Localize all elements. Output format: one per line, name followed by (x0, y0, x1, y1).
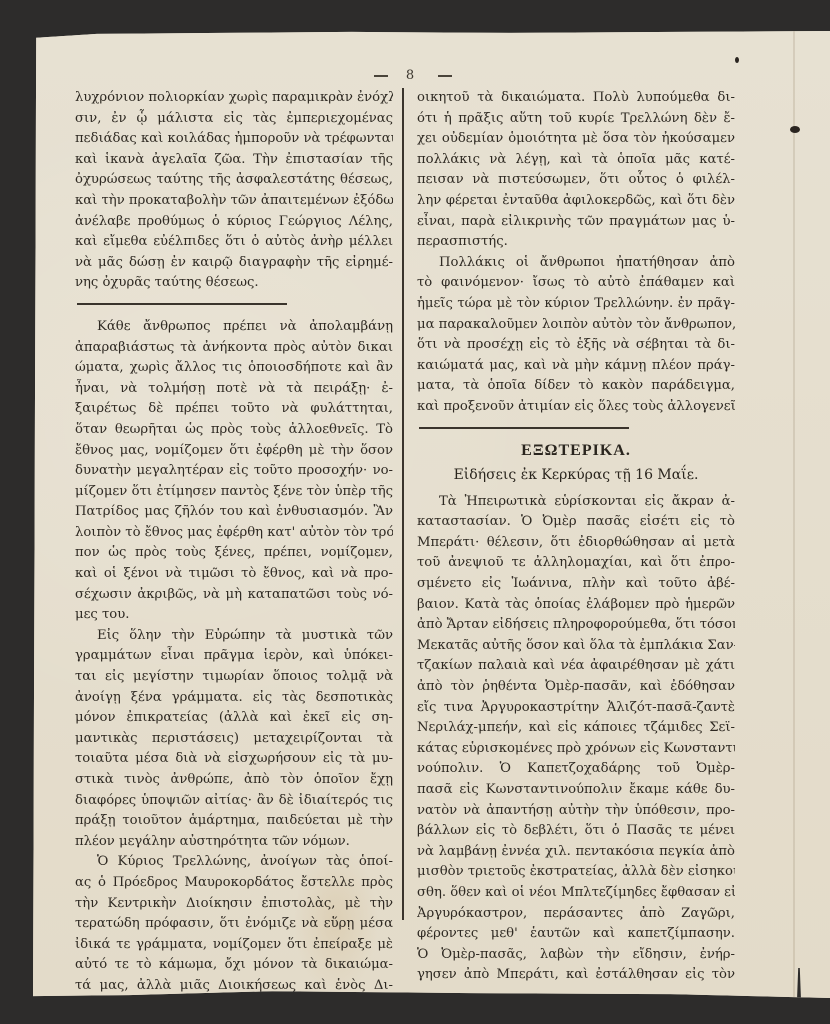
section-rule (77, 303, 287, 305)
text-line: πολλάκις νὰ λέγῃ, καὶ τὰ ὁποῖα μᾶς κατέ- (417, 150, 735, 171)
text-line: ται εἰς μεγίστην τιμωρίαν ὅποιος τολμᾷ ν… (75, 667, 393, 688)
text-line: ὅτι νὰ προσέχῃ εἰς τὸ ἑξῆς νὰ σέβηται τὰ… (417, 335, 735, 356)
text-line: λην φέρεται ἐνταῦθα ἀφιλοκερδῶς, καὶ ὅτι… (417, 191, 735, 212)
text-line: βάλλων εἰς τὸ δεβλέτι, ὅτι ὁ Πασᾶς τε μέ… (417, 821, 735, 842)
text-line: λοιπὸν τὸ ἔθνος μας ἐφέρθη κατ' αὐτὸν τὸ… (75, 523, 393, 544)
text-line: οικητοῦ τὰ δικαιώματα. Πολὺ λυπούμεθα δι… (417, 88, 735, 109)
ink-blot (790, 126, 800, 133)
text-line: Τὰ Ἠπειρωτικὰ εὑρίσκονται εἰς ἄκραν ἀ- (417, 492, 735, 513)
text-line: ώματα, χωρὶς ἄλλος τις ὁποιοσδήποτε καὶ … (75, 358, 393, 379)
text-line: πράξῃ τοιοῦτον ἁμάρτημα, παιδεύεται μὲ τ… (75, 811, 393, 832)
text-line: ἡμεῖς τώρα μὲ τὸν κύριον Τρελλώνην. ἐν π… (417, 294, 735, 315)
text-line: καὶ προξενοῦν ἀτιμίαν εἰς ὅλες τοὺς ἀλλο… (417, 397, 735, 418)
left-paragraph-2: Κάθε ἄνθρωπος πρέπει νὰ ἀπολαμβάνῃ ἀπαρα… (75, 317, 393, 626)
text-line: ἔθνος μας, νομίζομεν ὅτι ἐφέρθη μὲ τὴν ὅ… (75, 441, 393, 462)
left-column: λυχρόνιον πολιορκίαν χωρὶς παραμικρὰν ἐν… (75, 88, 393, 997)
fold-crease (793, 30, 795, 998)
text-line: μες του. (75, 605, 393, 626)
right-paragraph-1: οικητοῦ τὰ δικαιώματα. Πολὺ λυπούμεθα δι… (417, 88, 735, 253)
text-line: γησεν ἀπὸ Μπεράτι, καὶ ἐστάλθησαν εἰς τὸ… (417, 965, 735, 986)
page-number: 8 (406, 68, 420, 83)
text-line: τοῦ ἀνεψιοῦ τε ἀλληλομαχίαι, καὶ ὅτι ἐπρ… (417, 553, 735, 574)
text-line: σθη. ὅθεν καὶ οἱ νέοι Μπλτεζίμηδες ἔφθασ… (417, 883, 735, 904)
text-line: Ἀργυρόκαστρον, περάσαντες ἀπὸ Ζαγῶρι, (417, 904, 735, 925)
text-line: καὶ ἱκανὰ ἀγελαῖα ζῶα. Τὴν ἐπιστασίαν τῆ… (75, 150, 393, 171)
text-line: ἦναι, νὰ τολμήσῃ ποτὲ νὰ τὰ πειράξῃ· ἐ- (75, 379, 393, 400)
text-line: περασπιστής. (417, 232, 735, 253)
text-line: μισθὸν τριετοῦς ἐκστρατείας, ἀλλὰ δὲν εἰ… (417, 862, 735, 883)
text-line: τζακίων παλαιὰ καὶ νέα ἀφαιρέθησαν μὲ χά… (417, 656, 735, 677)
text-line: δυνατὴν μεγαλητέραν εἰς τοῦτο προσοχήν· … (75, 461, 393, 482)
text-line: ἀνέλαβε προθύμως ὁ κύριος Γεώργιος Λέλης… (75, 212, 393, 233)
text-line: Ὁ Κύριος Τρελλώνης, ἀνοίγων τὰς ὁποί- (75, 852, 393, 873)
text-line: Ὁ Ὀμὲρ-πασᾶς, λαβὼν τὴν εἴδησιν, ἐνήρ- (417, 945, 735, 966)
text-line: Πατρίδος μας ζῆλόν του καὶ ἐνθυσιασμόν. … (75, 502, 393, 523)
left-paragraph-1: λυχρόνιον πολιορκίαν χωρὶς παραμικρὰν ἐν… (75, 88, 393, 294)
text-line: νὰ μᾶς δώσῃ ἐν καιρῷ διαγραφὴν τῆς εἰρημ… (75, 253, 393, 274)
text-line: πλέον μεγάλην αὐστηρότητα τῶν νόμων. (75, 832, 393, 853)
text-line: Νεριλάχ-μπεήν, καὶ εἰς κάποιες τζάμιδες … (417, 718, 735, 739)
text-line: αὐτό τε τὸ κάμωμα, ὄχι μόνον τὰ δικαιώμα… (75, 955, 393, 976)
text-line: ότι ἡ πρᾶξις αὕτη τοῦ κυρίε Τρελλώνη δὲν… (417, 109, 735, 130)
paper-tear (797, 968, 801, 1000)
text-line: νατὸν νὰ ἀπαντήσῃ αὐτὴν τὴν ὑπόθεσιν, πρ… (417, 801, 735, 822)
text-line: καὶ οἱ ξένοι νὰ τιμῶσι τὸ ἔθνος, καὶ νὰ … (75, 564, 393, 585)
newspaper-page: 8 λυχρόνιον πολιορκίαν χωρὶς παραμικρὰν … (33, 30, 830, 998)
text-line: Κάθε ἄνθρωπος πρέπει νὰ ἀπολαμβάνῃ (75, 317, 393, 338)
text-line: Πολλάκις οἱ ἄνθρωποι ἠπατήθησαν ἀπὸ (417, 253, 735, 274)
text-line: τοιαῦτα μέσα διὰ νὰ εἰσχωρήσουν εἰς τὰ μ… (75, 749, 393, 770)
section-title: ΕΞΩΤΕΡΙΚΑ. (417, 441, 735, 462)
text-line: τερατώδη πρόφασιν, ὅτι ἐνόμιζε νὰ εὕρῃ μ… (75, 914, 393, 935)
text-line: ας ὁ Πρόεδρος Μαυροκορδάτος ἔστελλε πρὸς (75, 873, 393, 894)
dateline: Εἰδήσεις ἐκ Κερκύρας τῇ 16 Μαΐε. (417, 465, 735, 486)
right-column: οικητοῦ τὰ δικαιώματα. Πολὺ λυπούμεθα δι… (417, 88, 735, 986)
text-line: σμένετο εἰς Ἰωάνινα, πλὴν καὶ τοῦτο ἀβέ- (417, 574, 735, 595)
text-line: τά μας, ἀλλὰ μιᾶς Διοικήσεως καὶ ἑνὸς Δι… (75, 976, 393, 997)
text-line: χει οὐδεμίαν ὁμοιότητα μὲ ὅσα τὸν ἠκούσα… (417, 129, 735, 150)
text-line: ἰδικά τε γράμματα, νομίζομεν ὅτι ἐπείραξ… (75, 935, 393, 956)
column-divider (402, 88, 404, 920)
ink-blot (735, 57, 739, 63)
section-rule (419, 427, 629, 429)
text-line: νὰ λαμβάνῃ ἐννέα χιλ. πεντακόσια πεγκία … (417, 842, 735, 863)
text-line: στικὰ τινὸς ἀνθρώπε, ἀπὸ τὸν ὁποῖον ἔχῃ (75, 770, 393, 791)
text-line: Εἰς ὅλην τὴν Εὐρώπην τὰ μυστικὰ τῶν (75, 626, 393, 647)
text-line: μίζομεν ὅτι ἐτίμησεν παντὸς ξένε τὸν ὑπὲ… (75, 482, 393, 503)
text-line: Μεκατᾶς αὐτῆς ὅσον καὶ ὅλα τὰ ἐμπλάκια Σ… (417, 636, 735, 657)
text-line: καιώματά μας, καὶ νὰ μὴν κάμνῃ πλέον πρά… (417, 356, 735, 377)
text-line: πον ὡς πρὸς τοὺς ξένες, πρέπει, νομίζομε… (75, 543, 393, 564)
text-line: εἶναι, παρὰ εἰλικρινὴς τῶν πραγμάτων μας… (417, 212, 735, 233)
text-line: πασᾶ εἰς Κωνσταντινούπολιν ἔκαμε κάθε δυ… (417, 780, 735, 801)
text-line: ξαιρέτως δὲ πρέπει τοῦτο νὰ φυλάττηται, (75, 399, 393, 420)
text-line: καταστασίαν. Ὁ Ὀμὲρ πασᾶς εἰσέτι εἰς τὸ (417, 512, 735, 533)
text-line: τὴν Κεντρικὴν Διοίκησιν ἐπιστολὰς, μὲ τὴ… (75, 894, 393, 915)
text-line: πεισαν νὰ πιστεύσωμεν, ὅτι οὗτος ὁ φιλέλ… (417, 170, 735, 191)
right-paragraph-3: Τὰ Ἠπειρωτικὰ εὑρίσκονται εἰς ἄκραν ἀ- κ… (417, 492, 735, 986)
header-dash-left (374, 75, 388, 77)
text-line: καὶ εἴμεθα εὐέλπιδες ὅτι ὁ αὐτὸς ἀνὴρ μέ… (75, 232, 393, 253)
left-paragraph-4: Ὁ Κύριος Τρελλώνης, ἀνοίγων τὰς ὁποί- ας… (75, 852, 393, 996)
text-line: πεδιάδας καὶ κοιλάδας ἠμποροῦν νὰ τρέφων… (75, 129, 393, 150)
text-line: μαντικὰς περιστάσεις) μεταχειρίζονται τὰ (75, 729, 393, 750)
text-line: τὸ φαινόμενον· ἴσως τὸ αὐτὸ ἐπάθαμεν καὶ (417, 273, 735, 294)
text-line: ὀχυρώσεως ταύτης τῆς ἀσφαλεστάτης θέσεως… (75, 170, 393, 191)
text-line: ὅταν θεωρῆται ὡς πρὸς τοὺς ἀλλοεθνεῖς. Τ… (75, 420, 393, 441)
text-line: κάτας εὑρισκομένες πρὸ χρόνων εἰς Κωνστα… (417, 739, 735, 760)
text-line: διαφόρες ὑποψιῶν αἰτίας· ἂν δὲ ἰδιαίτερό… (75, 791, 393, 812)
text-line: νης ὀχυρᾶς ταύτης θέσεως. (75, 273, 393, 294)
text-line: νούπολιν. Ὁ Καπετζοχαδάρης τοῦ Ὀμὲρ- (417, 759, 735, 780)
text-line: ἀπαραβιάστως τὰ ἀνήκοντα πρὸς αὐτὸν δικα… (75, 338, 393, 359)
text-line: ἀπὸ Ἄρταν εἰδήσεις πληροφορούμεθα, ὅτι τ… (417, 615, 735, 636)
text-line: φέροντες μεθ' ἑαυτῶν καὶ καπετζίμπασην. (417, 924, 735, 945)
text-line: μόνον ἐπικρατείας (ἀλλὰ καὶ ἐκεῖ εἰς ση- (75, 708, 393, 729)
text-line: ματα, τὰ ὁποῖα δίδεν τὸ κακὸν παράδειγμα… (417, 376, 735, 397)
page-header: 8 (33, 68, 793, 83)
left-paragraph-3: Εἰς ὅλην τὴν Εὐρώπην τὰ μυστικὰ τῶν γραμ… (75, 626, 393, 853)
text-line: γραμμάτων εἶναι πρᾶγμα ἱερὸν, καὶ ὑπόκει… (75, 646, 393, 667)
text-line: Μπεράτι· θέλεσιν, ὅτι ἐδιορθώθησαν αἱ με… (417, 533, 735, 554)
text-line: λυχρόνιον πολιορκίαν χωρὶς παραμικρὰν ἐν… (75, 88, 393, 109)
text-line: ἀπὸ τὸν ῥηθέντα Ὀμὲρ-πασᾶν, καὶ ἐδόθησαν (417, 677, 735, 698)
text-line: μα παρακαλοῦμεν λοιπὸν αὐτὸν τὸν ἄνθρωπο… (417, 315, 735, 336)
header-dash-right (438, 75, 452, 77)
text-line: ἀνοίγῃ ξένα γράμματα. εἰς τὰς δεσποτικὰς (75, 688, 393, 709)
text-line: σιν, ἐν ᾧ μάλιστα εἰς τὰς ἐμπεριεχομένας (75, 109, 393, 130)
text-line: καὶ τὴν προκαταβολὴν τῶν ἀπαιτεμένων ἐξό… (75, 191, 393, 212)
right-paragraph-2: Πολλάκις οἱ ἄνθρωποι ἠπατήθησαν ἀπὸ τὸ φ… (417, 253, 735, 418)
text-line: εἴς τινα Ἀργυροκαστρίτην Ἀλιζότ-πασᾶ-ζαν… (417, 698, 735, 719)
text-line: σέχωσιν ἀκριβῶς, νὰ μὴ καταπατῶσι τοὺς ν… (75, 585, 393, 606)
text-line: βαιον. Κατὰ τὰς ὁποίας ἐλάβομεν πρὸ ἡμερ… (417, 595, 735, 616)
